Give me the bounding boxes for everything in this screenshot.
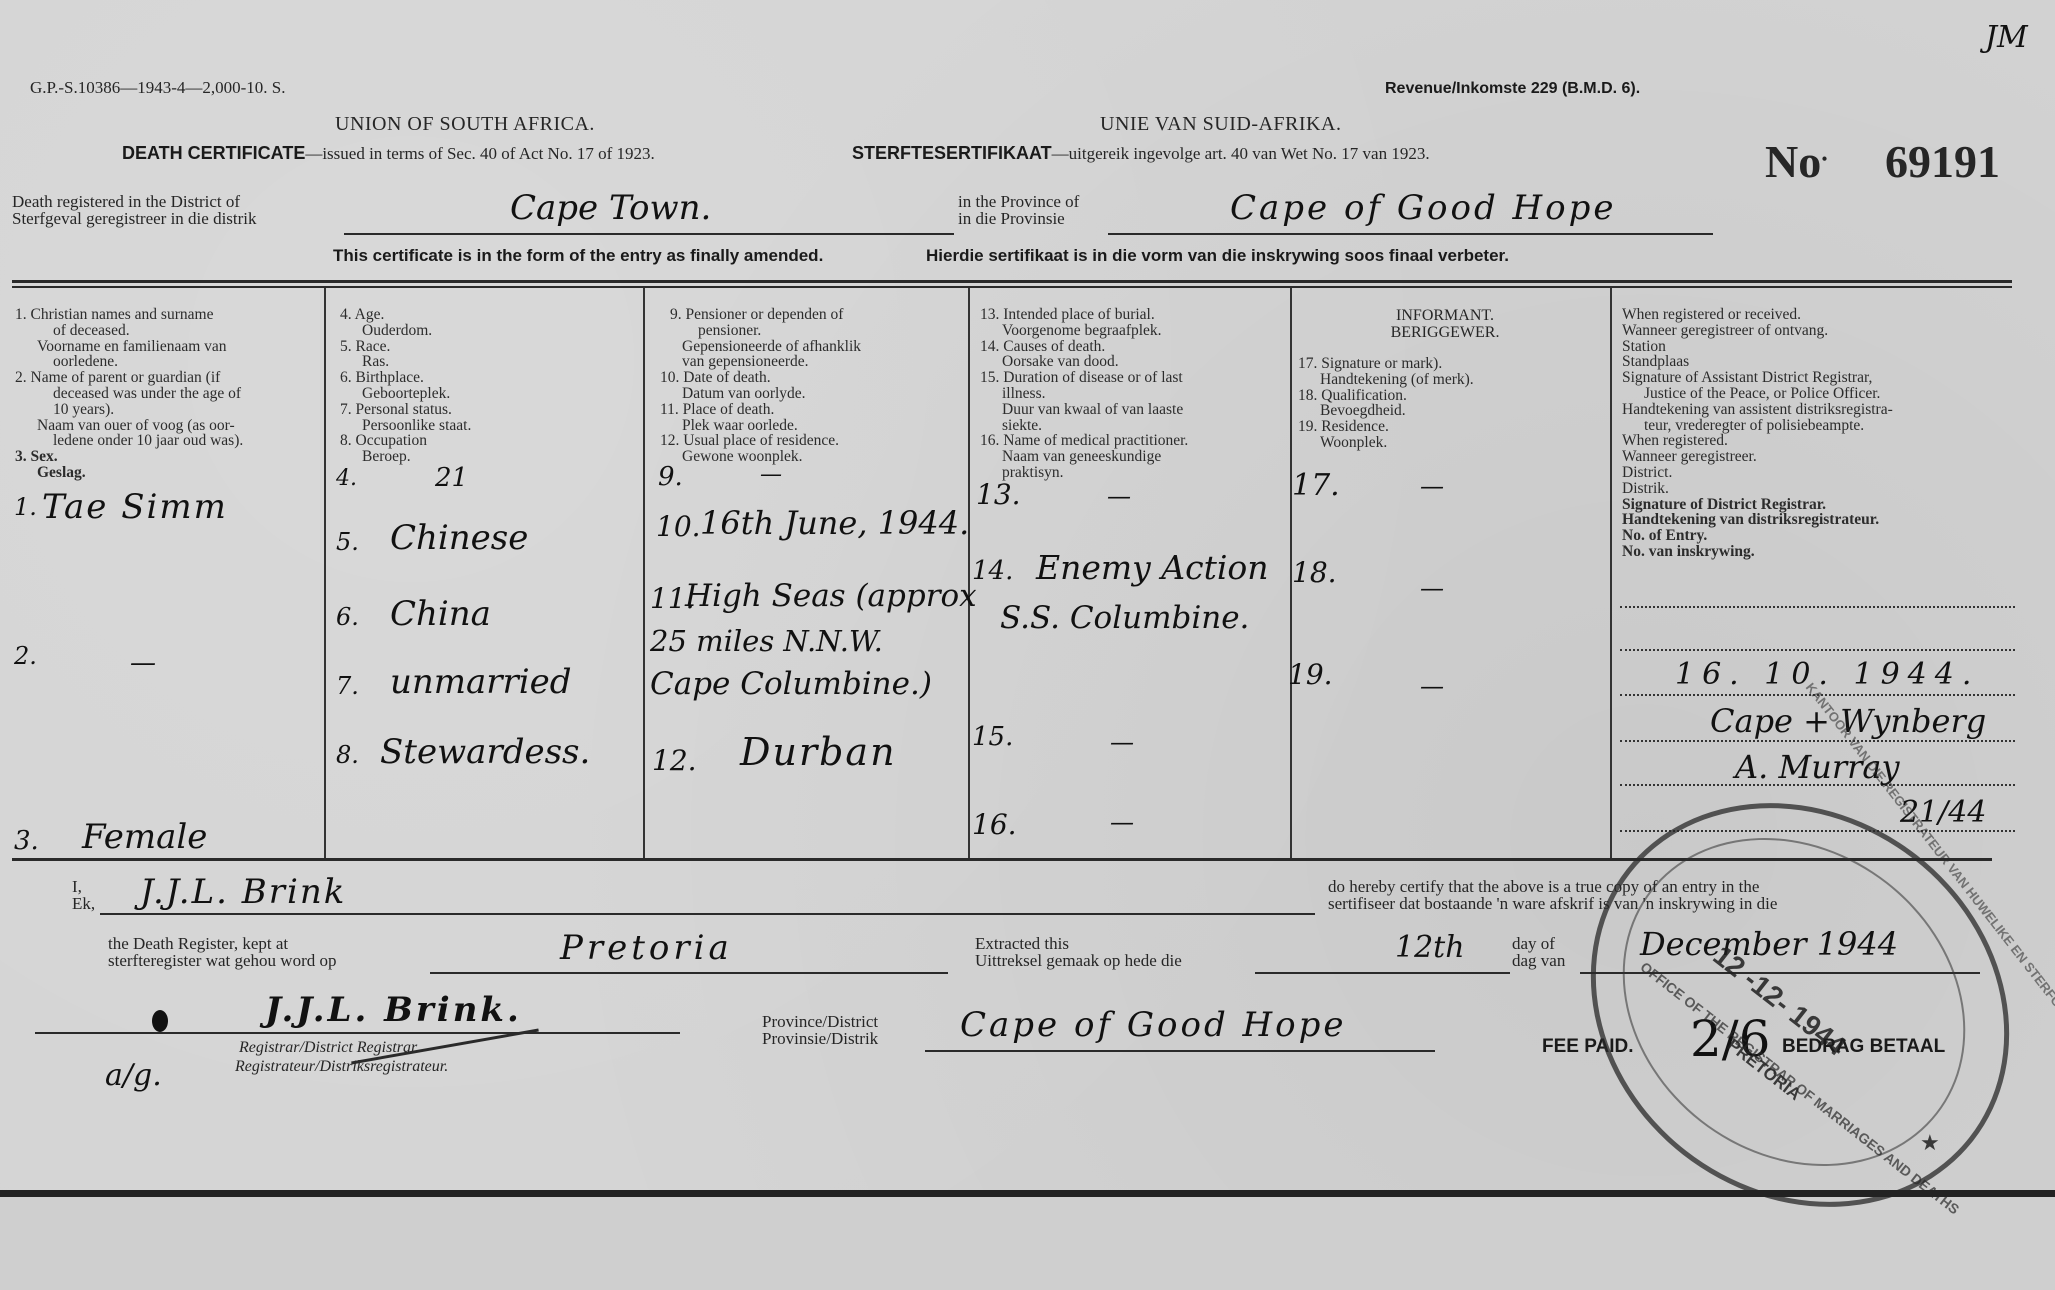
place-of-death-line-3: Cape Columbine.) [650,666,932,702]
legend-line: 19. Residence. [1298,419,1474,435]
extracted-label-en: Extracted this [975,935,1182,952]
field-12-number: 12. [652,744,697,777]
legend-line: Gepensioneerde of afhanklik [660,339,861,355]
parent-guardian: — [130,648,156,678]
age: 21 [435,463,468,493]
certificate-number-label: No. [1765,135,1828,188]
table-top-rule-2 [12,286,2012,288]
column-divider [324,288,326,860]
legend-line: Handtekening van assistent distriksregis… [1622,402,1893,418]
legend-line: Duur van kwaal of van laaste [980,402,1188,418]
day-of-label-af: dag van [1512,952,1565,969]
field-15-number: 15. [972,722,1013,752]
place-of-death-line-2: 25 miles N.N.W. [650,624,883,658]
legend-line: 1. Christian names and surname [15,307,243,323]
legend-line: Handtekening van distriksregistrateur. [1622,512,1893,528]
legend-line: van gepensioneerde. [660,354,861,370]
field-16-number: 16. [972,808,1017,841]
country-en: UNION OF SOUTH AFRICA. [335,113,595,136]
legend-line: Naam van ouer of voog (as oor- [15,418,243,434]
column-divider [1610,288,1612,860]
field-6-number: 6. [336,603,359,631]
death-register-label-af: sterfteregister wat gehou word op [108,952,336,969]
field-4-number: 4. [336,466,357,491]
legend-line: pensioner. [660,323,861,339]
usual-residence: Durban [740,730,897,774]
legend-line: Bevoegdheid. [1298,403,1474,419]
form-code: G.P.-S.10386—1943-4—2,000-10. S. [30,78,286,98]
legend-line: 11. Place of death. [660,402,861,418]
legend-line: Justice of the Peace, or Police Officer. [1622,386,1893,402]
district-value: Cape Town. [510,188,711,228]
illness-duration: — [1110,728,1134,756]
legend-line: 16. Name of medical practitioner. [980,433,1188,449]
province-district-underline [925,1050,1435,1052]
title-af-rest: —uitgereik ingevolge art. 40 van Wet No.… [1052,144,1430,163]
province-value: Cape of Good Hope [1230,188,1617,228]
legend-line: 13. Intended place of burial. [980,307,1188,323]
occupation: Stewardess. [380,732,590,772]
revenue-code: Revenue/Inkomste 229 (B.M.D. 6). [1385,80,1640,98]
registration-date: 16. 10. 1944. [1675,657,1979,692]
legend-line: 7. Personal status. [340,402,471,418]
legend-line: Ouderdom. [340,323,471,339]
legend-line: 9. Pensioner or dependen of [660,307,861,323]
province-district-label-af: Provinsie/Distrik [762,1030,878,1047]
field-1-number: 1. [14,493,37,521]
legend-line: Wanneer geregistreer. [1622,449,1893,465]
column-3-legend: 9. Pensioner or dependen of pensioner. G… [660,307,861,465]
field-19-number: 19. [1288,658,1333,691]
column-divider [643,288,645,860]
field-2-number: 2. [14,642,37,670]
field-10-number: 10. [656,510,701,543]
medical-practitioner: — [1110,808,1134,836]
legend-line: siekte. [980,418,1188,434]
day-of-label-en: day of [1512,935,1565,952]
cause-of-death-line-1: Enemy Action [1036,548,1269,587]
legend-line: No. van inskrywing. [1622,544,1893,560]
certificate-title-en: DEATH CERTIFICATE—issued in terms of Sec… [122,143,655,164]
legend-line: 3. Sex. [15,449,243,465]
legend-line: 5. Race. [340,339,471,355]
legend-line: Signature of Assistant District Registra… [1622,370,1893,386]
field-13-number: 13. [976,478,1021,511]
death-register-label: the Death Register, kept at sterfteregis… [108,935,336,969]
amended-note-af: Hierdie sertifikaat is in die vorm van d… [926,246,1509,266]
i-label-af: Ek, [72,895,95,912]
legend-line: Ras. [340,354,471,370]
column-5-legend: 17. Signature or mark). Handtekening (of… [1298,356,1474,451]
title-af-bold: STERFTESERTIFIKAAT [852,143,1052,163]
certificate-title-af: STERFTESERTIFIKAAT—uitgereik ingevolge a… [852,143,1430,164]
legend-line: Persoonlike staat. [340,418,471,434]
legend-line: When registered. [1622,433,1893,449]
legend-line: Distrik. [1622,481,1893,497]
signer-title: Registrar/District Registrar. Registrate… [235,1038,448,1076]
sex: Female [82,817,207,857]
field-17-number: 17. [1292,468,1340,503]
field-3-number: 3. [14,826,39,856]
legend-line: Plek waar oorlede. [660,418,861,434]
legend-line: No. of Entry. [1622,528,1893,544]
column-4-legend: 13. Intended place of burial. Voorgenome… [980,307,1188,481]
extract-day: 12th [1395,930,1465,965]
legend-line: Datum van oorlyde. [660,386,861,402]
district-underline [344,233,954,235]
field-9-number: 9. [658,462,683,492]
legend-line: Naam van geneeskundige [980,449,1188,465]
field-8-number: 8. [336,741,359,769]
legend-line: Signature of District Registrar. [1622,497,1893,513]
legend-line: Wanneer geregistreer of ontvang. [1622,323,1893,339]
register-location: Pretoria [560,928,733,968]
legend-line: When registered or received. [1622,307,1893,323]
province-label: in the Province of in die Provinsie [958,193,1079,227]
column-6-legend: When registered or received. Wanneer ger… [1622,307,1893,560]
informant-qualification: — [1420,574,1444,602]
table-top-rule [12,280,2012,283]
signature-underline [35,1032,680,1034]
informant-signature: — [1420,472,1444,500]
legend-line: Handtekening (of merk). [1298,372,1474,388]
personal-status: unmarried [390,662,572,702]
extracted-label-af: Uittreksel gemaak op hede die [975,952,1182,969]
legend-line: 6. Birthplace. [340,370,471,386]
district-label-af: Sterfgeval geregistreer in die distrik [12,210,257,227]
column-1-legend: 1. Christian names and surname of deceas… [15,307,243,481]
registrar-signature-bottom: J.J.L. Brink. [265,990,522,1030]
legend-line: 12. Usual place of residence. [660,433,861,449]
ink-dot [152,1010,168,1032]
legend-line: of deceased. [15,323,243,339]
legend-line: 10 years). [15,402,243,418]
legend-line: teur, vrederegter of polisiebeampte. [1622,418,1893,434]
legend-line: 10. Date of death. [660,370,861,386]
informant-heading-af: BERIGGEWER. [1375,324,1515,341]
legend-line: 14. Causes of death. [980,339,1188,355]
date-of-death: 16th June, 1944. [700,504,969,542]
column-2-legend: 4. Age. Ouderdom. 5. Race. Ras. 6. Birth… [340,307,471,465]
legend-line: 4. Age. [340,307,471,323]
legend-line: Standplaas [1622,354,1893,370]
scan-bottom-edge [0,1190,2055,1197]
certificate-number: 69191 [1885,135,2000,188]
death-register-label-en: the Death Register, kept at [108,935,336,952]
legend-line: 18. Qualification. [1298,388,1474,404]
extracted-label: Extracted this Uittreksel gemaak op hede… [975,935,1182,969]
informant-heading-en: INFORMANT. [1375,307,1515,324]
name-underline [100,913,1315,915]
dotted-line [1620,740,2015,742]
race: Chinese [390,518,528,558]
province-label-af: in die Provinsie [958,210,1079,227]
legend-line: Oorsake van dood. [980,354,1188,370]
signer-title-af: Registrateur/Distriksregistrateur. [235,1057,448,1076]
legend-line: Woonplek. [1298,435,1474,451]
field-7-number: 7. [336,672,359,700]
legend-line: Voorgenome begraafplek. [980,323,1188,339]
legend-line: Station [1622,339,1893,355]
certifying-registrar-name: J.J.L. Brink [140,872,346,912]
province-district-label: Province/District Provinsie/Distrik [762,1013,878,1047]
legend-line: oorledene. [15,354,243,370]
field-14-number: 14. [972,556,1013,586]
i-label: I, Ek, [72,878,95,912]
province-district-label-en: Province/District [762,1013,878,1030]
burial-place: — [1107,482,1131,510]
legend-line: District. [1622,465,1893,481]
legend-line: Geboorteplek. [340,386,471,402]
margin-initials: JM [1985,20,2028,55]
deceased-name: Tae Simm [42,487,228,527]
number-label: No [1765,136,1821,187]
country-af: UNIE VAN SUID-AFRIKA. [1100,113,1341,136]
amended-note-en: This certificate is in the form of the e… [333,246,823,266]
dotted-line [1620,606,2015,608]
acting-note: a/g. [105,1058,162,1093]
pensioner: — [760,462,782,487]
province-underline [1108,233,1713,235]
district-label-en: Death registered in the District of [12,193,257,210]
signer-title-en: Registrar/District Registrar. [235,1038,448,1057]
column-divider [968,288,970,860]
legend-line: Geslag. [15,465,243,481]
legend-line: deceased was under the age of [15,386,243,402]
day-underline [1255,972,1510,974]
title-en-rest: —issued in terms of Sec. 40 of Act No. 1… [305,144,654,163]
legend-line: Voorname en familienaam van [15,339,243,355]
field-5-number: 5. [336,528,359,556]
legend-line: 17. Signature or mark). [1298,356,1474,372]
i-label-en: I, [72,878,95,895]
legend-line: illness. [980,386,1188,402]
legend-line: ledene onder 10 jaar oud was). [15,433,243,449]
informant-heading: INFORMANT. BERIGGEWER. [1375,307,1515,341]
cause-of-death-line-2: S.S. Columbine. [1000,600,1249,636]
province-district-value: Cape of Good Hope [960,1005,1347,1045]
legend-line: 2. Name of parent or guardian (if [15,370,243,386]
dotted-line [1620,649,2015,651]
birthplace: China [390,594,491,634]
informant-residence: — [1420,672,1444,700]
stamp-star-icon: ★ [1920,1130,1940,1156]
title-en-bold: DEATH CERTIFICATE [122,143,305,163]
province-label-en: in the Province of [958,193,1079,210]
register-location-underline [430,972,948,974]
death-certificate: G.P.-S.10386—1943-4—2,000-10. S. Revenue… [0,0,2055,1197]
place-of-death-line-1: High Seas (approx [685,578,977,614]
legend-line: 15. Duration of disease or of last [980,370,1188,386]
district-label: Death registered in the District of Ster… [12,193,257,227]
field-18-number: 18. [1292,556,1337,589]
day-of-label: day of dag van [1512,935,1565,969]
legend-line: 8. Occupation [340,433,471,449]
